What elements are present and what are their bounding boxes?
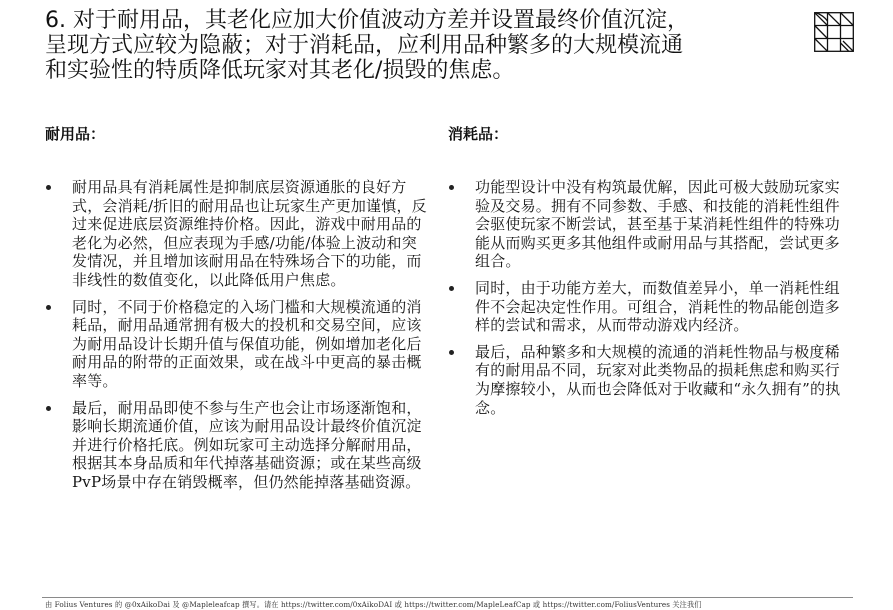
bullet-text: 最后，品种繁多和大规模的流通的消耗性物品与极度稀有的耐用品不同，玩家对此类物品的… — [475, 343, 840, 417]
bullet-text: 耐用品具有消耗属性是抑制底层资源通胀的良好方式，会消耗/折旧的耐用品也让玩家生产… — [72, 178, 427, 289]
list-item: 最后，耐用品即使不参与生产也会让市场逐渐饱和，影响长期流通价值，应该为耐用品设计… — [45, 399, 430, 492]
list-item: 耐用品具有消耗属性是抑制底层资源通胀的良好方式，会消耗/折旧的耐用品也让玩家生产… — [45, 178, 430, 290]
list-item: 同时，不同于价格稳定的入场门槛和大规模流通的消耗品，耐用品通常拥有极大的投机和交… — [45, 298, 430, 391]
bullet-icon — [46, 305, 51, 310]
durables-bullet-list: 耐用品具有消耗属性是抑制底层资源通胀的良好方式，会消耗/折旧的耐用品也让玩家生产… — [45, 178, 430, 492]
bullet-icon — [449, 185, 454, 190]
bullet-text: 功能型设计中没有构筑最优解，因此可极大鼓励玩家实验及交易。拥有不同参数、手感、和… — [475, 178, 840, 270]
bullet-icon — [449, 350, 454, 355]
consumables-section: 消耗品： 功能型设计中没有构筑最优解，因此可极大鼓励玩家实验及交易。拥有不同参数… — [448, 124, 858, 425]
page-title: 6. 对于耐用品，其老化应加大价值波动方差并设置最终价值沉淀， 呈现方式应较为隐… — [45, 8, 765, 83]
footer-divider — [42, 597, 853, 598]
durables-section: 耐用品： 耐用品具有消耗属性是抑制底层资源通胀的良好方式，会消耗/折旧的耐用品也… — [45, 124, 430, 500]
list-item: 最后，品种繁多和大规模的流通的消耗性物品与极度稀有的耐用品不同，玩家对此类物品的… — [448, 343, 853, 417]
title-line-3: 和实验性的特质降低玩家对其老化/损毁的焦虑。 — [45, 58, 765, 83]
consumables-bullet-list: 功能型设计中没有构筑最优解，因此可极大鼓励玩家实验及交易。拥有不同参数、手感、和… — [448, 178, 858, 417]
bullet-text: 同时，不同于价格稳定的入场门槛和大规模流通的消耗品，耐用品通常拥有极大的投机和交… — [72, 298, 422, 390]
bullet-icon — [46, 406, 51, 411]
list-item: 同时，由于功能方差大，而数值差异小，单一消耗性组件不会起决定性作用。可组合，消耗… — [448, 279, 853, 335]
bullet-icon — [46, 185, 51, 190]
list-item: 功能型设计中没有构筑最优解，因此可极大鼓励玩家实验及交易。拥有不同参数、手感、和… — [448, 178, 853, 271]
section-heading-durables: 耐用品： — [45, 124, 430, 144]
bullet-text: 同时，由于功能方差大，而数值差异小，单一消耗性组件不会起决定性作用。可组合，消耗… — [475, 279, 840, 334]
bullet-text: 最后，耐用品即使不参与生产也会让市场逐渐饱和，影响长期流通价值，应该为耐用品设计… — [72, 399, 422, 491]
title-line-1: 6. 对于耐用品，其老化应加大价值波动方差并设置最终价值沉淀， — [45, 8, 765, 33]
section-heading-consumables: 消耗品： — [448, 124, 858, 144]
title-line-2: 呈现方式应较为隐蔽；对于消耗品，应利用品种繁多的大规模流通 — [45, 33, 765, 58]
bullet-icon — [449, 286, 454, 291]
footer-credits: 由 Folius Ventures 的 @0xAikoDai 及 @Maplel… — [45, 600, 702, 610]
grid-diagonal-logo-icon — [814, 12, 854, 52]
